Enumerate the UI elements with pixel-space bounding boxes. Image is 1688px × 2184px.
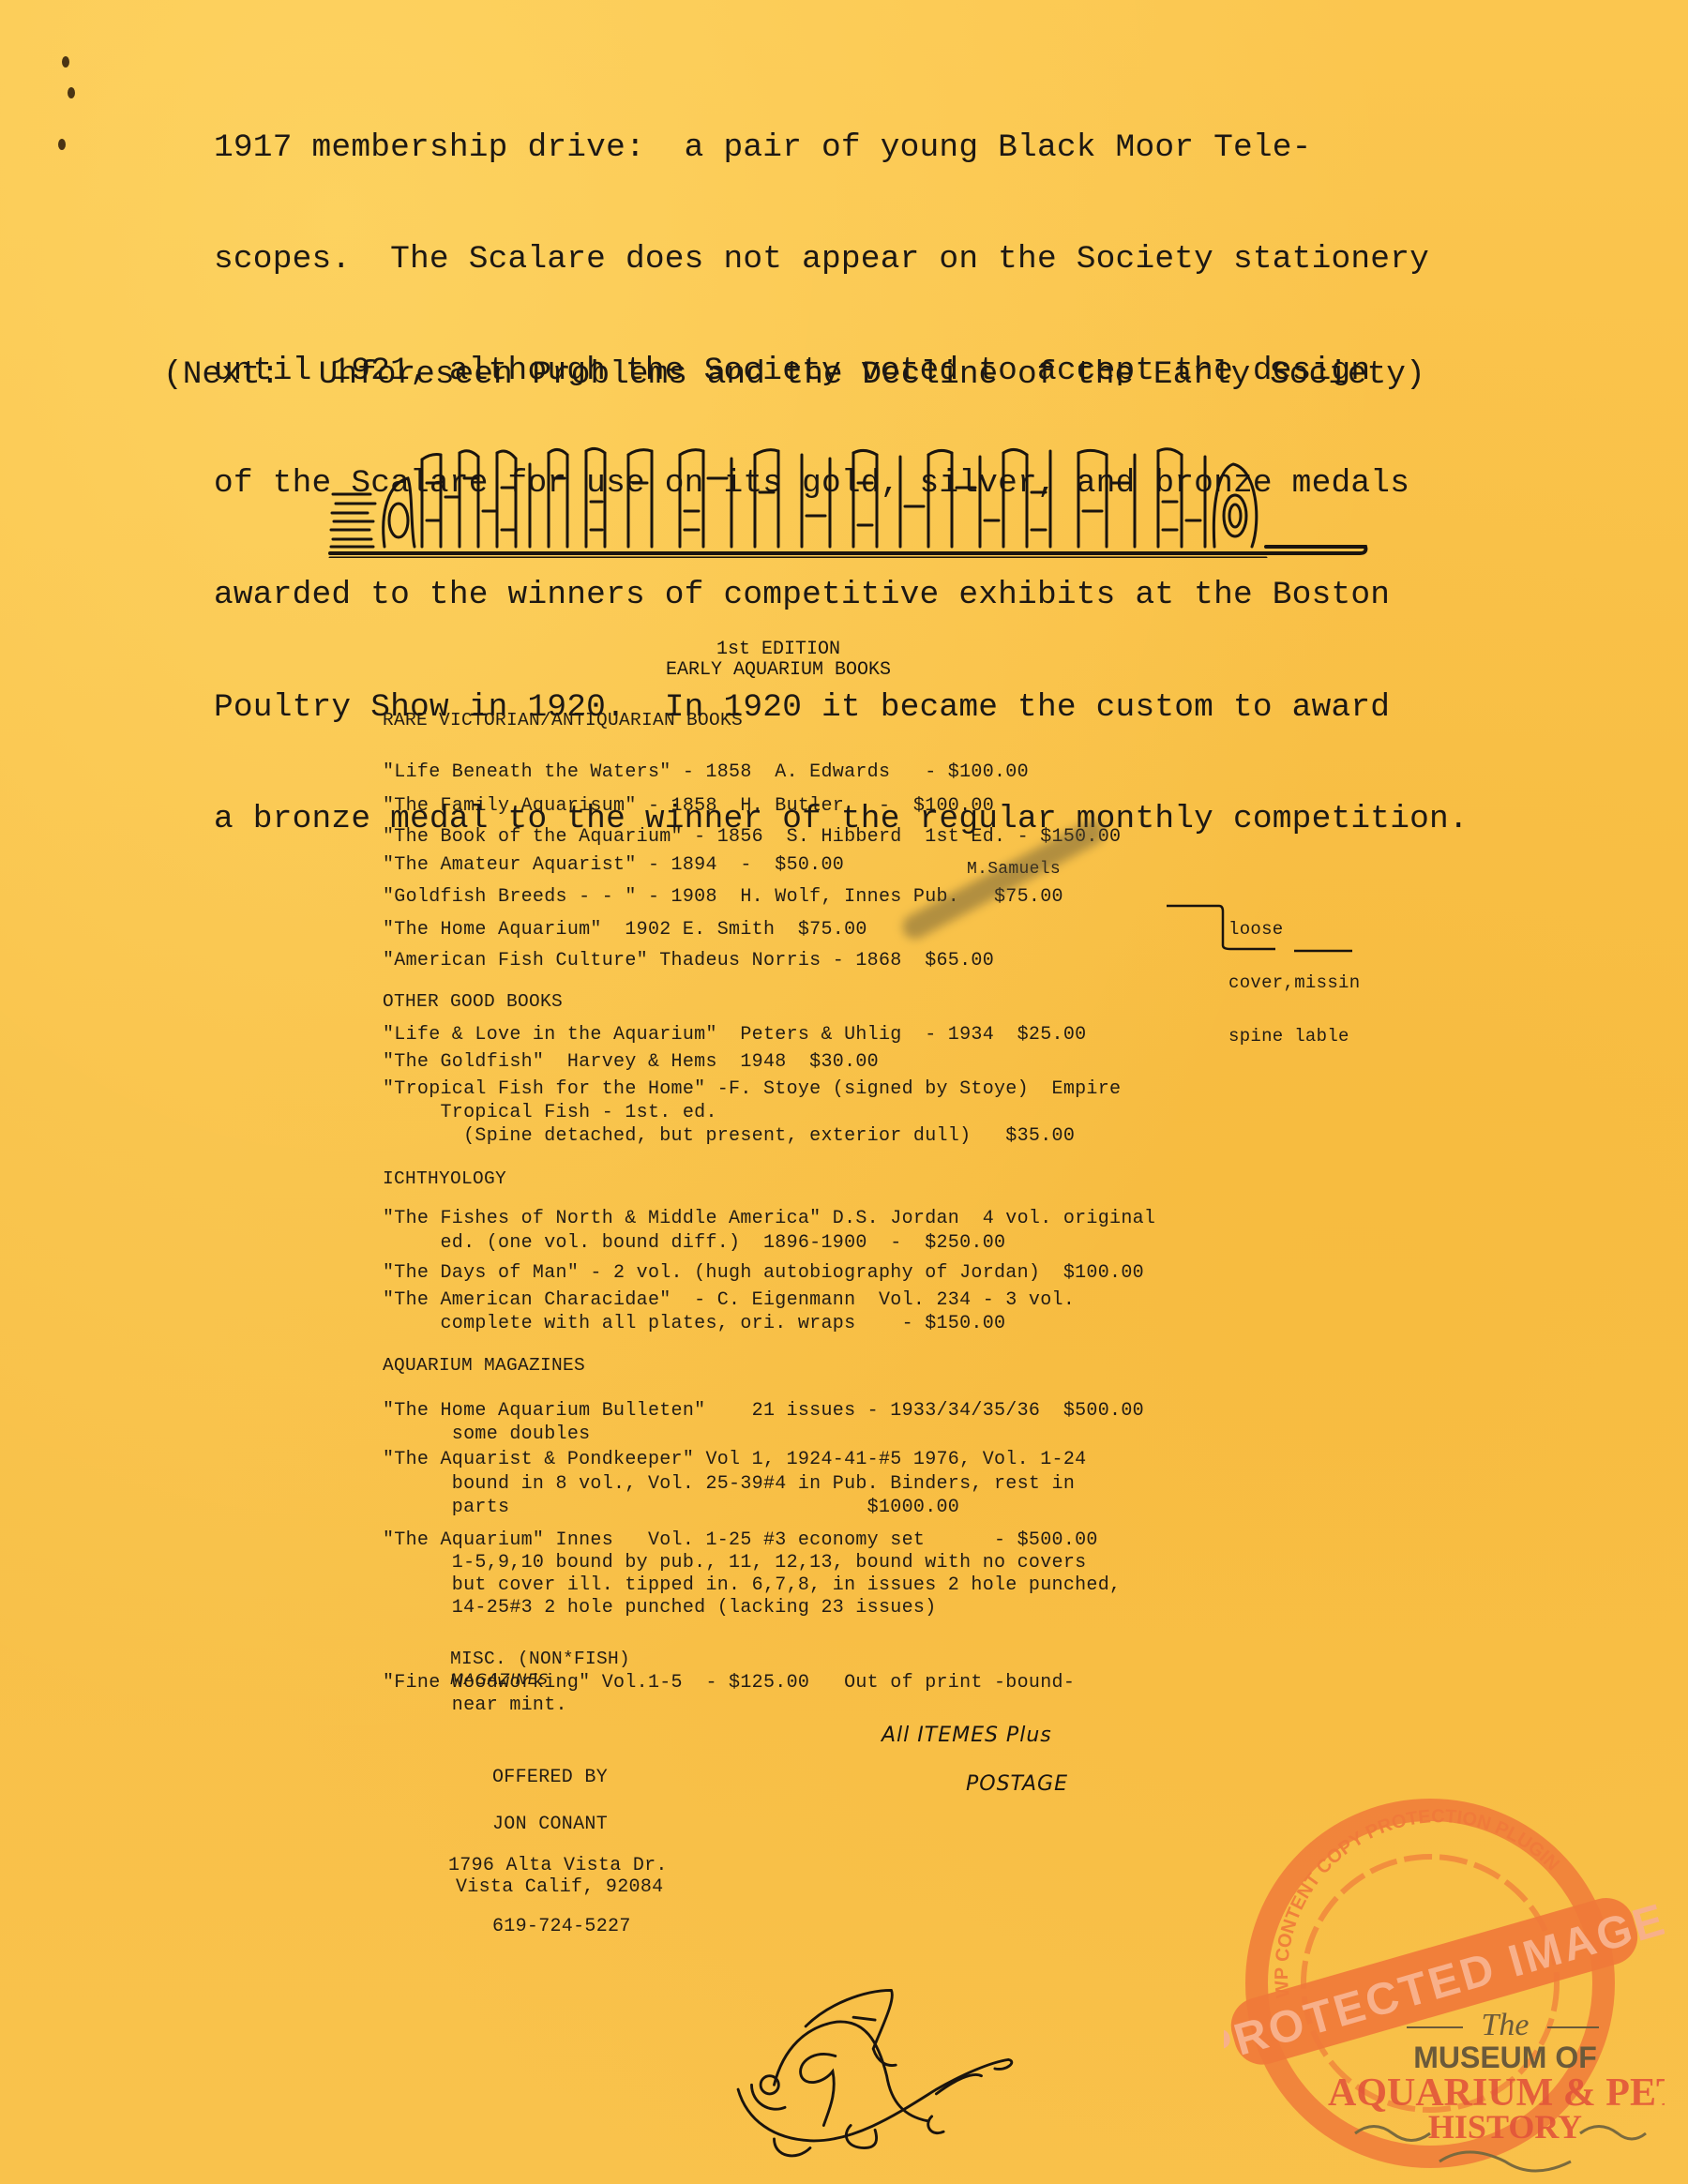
section-title: OTHER GOOD BOOKS xyxy=(383,991,563,1012)
list-item: "The Fishes of North & Middle America" D… xyxy=(383,1208,1155,1229)
list-item: "The Amateur Aquarist" - 1894 - $50.00 xyxy=(383,854,844,876)
condition-note-bracket-icon xyxy=(1153,902,1407,954)
list-item: "Life Beneath the Waters" - 1858 A. Edwa… xyxy=(383,761,1029,783)
svg-text:HISTORY: HISTORY xyxy=(1428,2108,1582,2146)
section-title: AQUARIUM MAGAZINES xyxy=(383,1355,585,1376)
section-title: RARE VICTORIAN/ANTIQUARIAN BOOKS xyxy=(383,710,743,731)
list-item: "Fine Woodworking" Vol.1-5 - $125.00 Out… xyxy=(383,1672,1075,1694)
list-item: some doubles xyxy=(383,1423,590,1445)
list-item: "The Home Aquarium Bulleten" 21 issues -… xyxy=(383,1400,1144,1422)
list-item: parts $1000.00 xyxy=(383,1497,959,1518)
protected-image-watermark: WP CONTENT COPY PROTECTION PLUGIN PROTEC… xyxy=(1224,1782,1665,2176)
list-item: complete with all plates, ori. wraps - $… xyxy=(383,1313,1005,1334)
list-item: "Tropical Fish for the Home" -F. Stoye (… xyxy=(383,1078,1121,1100)
document-page: 1917 membership drive: a pair of young B… xyxy=(0,0,1688,2184)
list-item: ed. (one vol. bound diff.) 1896-1900 - $… xyxy=(383,1232,1005,1254)
list-item: "The Aquarist & Pondkeeper" Vol 1, 1924-… xyxy=(383,1449,1086,1470)
address-line1: 1796 Alta Vista Dr. xyxy=(448,1855,668,1876)
catalog-heading-line2: EARLY AQUARIUM BOOKS xyxy=(628,660,928,681)
list-item: "The Goldfish" Harvey & Hems 1948 $30.00 xyxy=(383,1051,879,1073)
address-line2: Vista Calif, 92084 xyxy=(456,1876,663,1898)
svg-text:MUSEUM OF: MUSEUM OF xyxy=(1413,2041,1597,2074)
list-item: bound in 8 vol., Vol. 25-39#4 in Pub. Bi… xyxy=(383,1473,1075,1495)
list-item: "The Aquarium" Innes Vol. 1-25 #3 econom… xyxy=(383,1529,1098,1551)
catalog-heading-line1: 1st EDITION xyxy=(628,640,928,660)
list-item: (Spine detached, but present, exterior d… xyxy=(383,1125,1075,1147)
catalog-heading: 1st EDITION EARLY AQUARIUM BOOKS xyxy=(628,640,928,681)
seller-name: JON CONANT xyxy=(492,1814,608,1835)
intro-line: awarded to the winners of competitive ex… xyxy=(214,577,1592,614)
list-item: "The Book of the Aquarium" - 1856 S. Hib… xyxy=(383,826,1121,848)
list-item: but cover ill. tipped in. 6,7,8, in issu… xyxy=(383,1574,1121,1596)
list-item: "The Days of Man" - 2 vol. (hugh autobio… xyxy=(383,1262,1144,1284)
list-item: "The Family Aquarisum" - 1858 H. Butler … xyxy=(383,795,994,817)
list-item: 14-25#3 2 hole punched (lacking 23 issue… xyxy=(383,1597,937,1619)
intro-line: 1917 membership drive: a pair of young B… xyxy=(214,129,1592,167)
phone-number: 619-724-5227 xyxy=(492,1916,631,1937)
intro-line: scopes. The Scalare does not appear on t… xyxy=(214,241,1592,279)
list-item: Tropical Fish - 1st. ed. xyxy=(383,1102,717,1123)
bookshelf-illustration-icon xyxy=(328,427,1369,558)
list-item: "The American Characidae" - C. Eigenmann… xyxy=(383,1289,1075,1311)
offered-by-label: OFFERED BY xyxy=(492,1767,608,1788)
postage-note-line2: POSTAGE xyxy=(966,1772,1068,1796)
svg-text:The: The xyxy=(1482,2008,1530,2042)
list-item: "American Fish Culture" Thadeus Norris -… xyxy=(383,950,994,972)
list-item: near mint. xyxy=(383,1694,567,1716)
next-installment-note: (Next: Unforeseen Problems and the Decli… xyxy=(163,356,1425,393)
list-item: "Life & Love in the Aquarium" Peters & U… xyxy=(383,1024,1086,1046)
list-item: 1-5,9,10 bound by pub., 11, 12,13, bound… xyxy=(383,1552,1086,1574)
list-item: "The Home Aquarium" 1902 E. Smith $75.00 xyxy=(383,919,867,941)
fish-doodle-icon xyxy=(713,1977,1088,2183)
section-title: ICHTHYOLOGY xyxy=(383,1168,506,1189)
postage-note-line1: All ITEMES Plus xyxy=(882,1724,1052,1747)
watermark-stamp-icon: WP CONTENT COPY PROTECTION PLUGIN PROTEC… xyxy=(1224,1782,1665,2176)
